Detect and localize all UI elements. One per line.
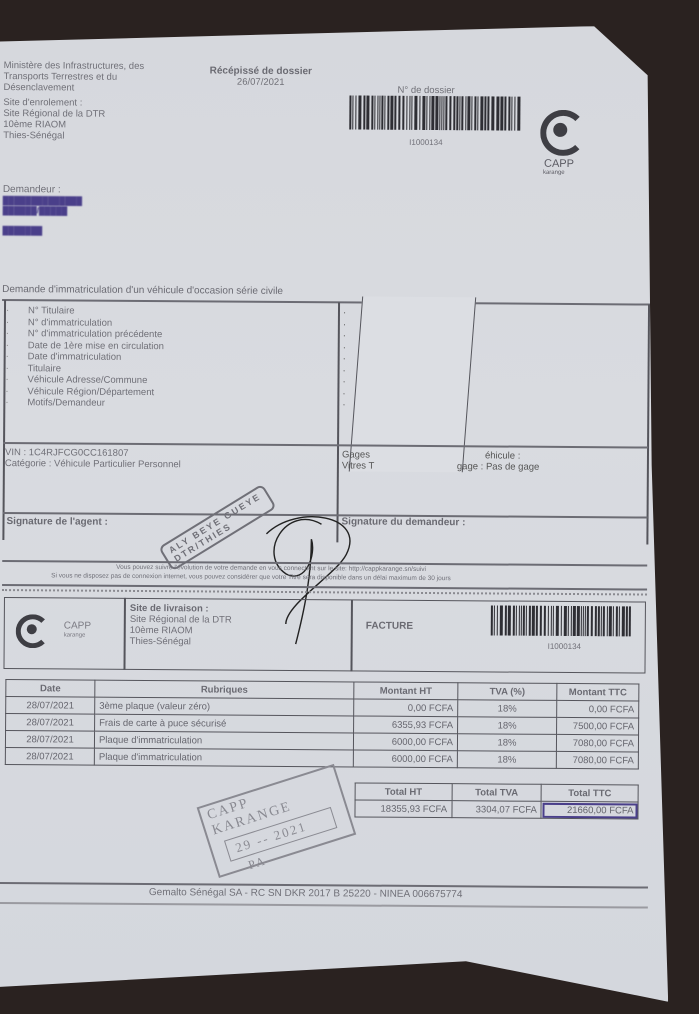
vin-row: VIN : 1C4RJFCG0CC161807 bbox=[5, 447, 129, 459]
applicant-redacted: ██████████████ ██████/█████ ███████ bbox=[3, 196, 83, 237]
cell-tva: 18% bbox=[458, 717, 557, 735]
column-header: Rubriques bbox=[95, 680, 354, 699]
bullet: · bbox=[6, 351, 12, 363]
ministry-block: Ministère des Infrastructures, des Trans… bbox=[3, 60, 144, 142]
cell-ttc: 7080,00 FCFA bbox=[556, 734, 638, 752]
notice-line: Si vous ne disposez pas de connexion int… bbox=[51, 571, 451, 583]
bullet: · bbox=[5, 397, 11, 409]
cell-ht: 6000,00 FCFA bbox=[353, 750, 457, 768]
column-header: Date bbox=[6, 680, 95, 698]
request-title: Demande d'immatriculation d'un véhicule … bbox=[2, 284, 283, 297]
cell-ttc: 7080,00 FCFA bbox=[556, 751, 638, 769]
invoice-barcode bbox=[491, 605, 633, 636]
cell-ht: 6000,00 FCFA bbox=[353, 733, 457, 751]
column-header: Montant HT bbox=[354, 682, 458, 700]
field-label: N° d'immatriculation précédente bbox=[28, 328, 163, 340]
category-row: Catégorie : Véhicule Particulier Personn… bbox=[5, 458, 181, 470]
field-label: Date de 1ère mise en circulation bbox=[28, 340, 164, 352]
logo-text: CAPP bbox=[64, 620, 91, 631]
cell-date: 28/07/2021 bbox=[6, 714, 95, 732]
redacted-line: ██████/█████ bbox=[3, 206, 82, 217]
receipt-date: 26/07/2021 bbox=[210, 76, 312, 88]
field-label: Motifs/Demandeur bbox=[27, 397, 105, 409]
bullet: · bbox=[6, 340, 12, 352]
redacted-line: ███████ bbox=[3, 226, 82, 237]
file-barcode bbox=[349, 95, 522, 130]
category-label: Catégorie : bbox=[5, 458, 52, 469]
enrolment-line: Thies-Sénégal bbox=[3, 130, 144, 142]
ministry-line: Désenclavement bbox=[4, 82, 145, 94]
bullet: · bbox=[6, 328, 12, 340]
cell-ht: 0,00 FCFA bbox=[354, 699, 458, 717]
cell-date: 28/07/2021 bbox=[5, 731, 94, 749]
delivery-block: Site de livraison : Site Régional de la … bbox=[130, 603, 232, 648]
field-label: N° d'immatriculation bbox=[28, 317, 112, 329]
field-label: Véhicule Région/Département bbox=[27, 386, 154, 398]
value-colons: ········· bbox=[342, 307, 346, 411]
cell-item: 3ème plaque (valeur zéro) bbox=[95, 697, 354, 716]
column-header: TVA (%) bbox=[458, 683, 557, 701]
bullet: · bbox=[6, 305, 12, 317]
totals-row: 18355,93 FCFA 3304,07 FCFA 21660,00 FCFA bbox=[355, 800, 638, 819]
gage-row: gage : Pas de gage bbox=[457, 461, 539, 473]
vin-value: 1C4RJFCG0CC161807 bbox=[29, 447, 129, 459]
receipt-title: Récépissé de dossier bbox=[210, 65, 312, 77]
vin-label: VIN : bbox=[5, 447, 26, 458]
file-number-label: N° de dossier bbox=[397, 85, 454, 96]
invoice-capp-logo: CAPP karange bbox=[16, 612, 116, 657]
cell-date: 28/07/2021 bbox=[6, 697, 95, 715]
total-tva: 3304,07 FCFA bbox=[452, 801, 542, 819]
field-label: Titulaire bbox=[28, 363, 62, 375]
field-label: N° Titulaire bbox=[28, 305, 75, 317]
field-label: Date d'immatriculation bbox=[28, 351, 122, 363]
footer-text: Gemalto Sénégal SA - RC SN DKR 2017 B 25… bbox=[149, 887, 463, 900]
cell-ttc: 0,00 FCFA bbox=[557, 700, 639, 718]
request-fields-list: ·N° Titulaire·N° d'immatriculation·N° d'… bbox=[5, 305, 164, 410]
cell-item: Plaque d'immatriculation bbox=[94, 731, 353, 750]
column-header: Total HT bbox=[355, 783, 452, 801]
totals-header-row: Total HT Total TVA Total TTC bbox=[355, 783, 638, 802]
bullet: · bbox=[6, 363, 12, 375]
invoice-title: FACTURE bbox=[366, 621, 413, 632]
cell-item: Frais de carte à puce sécurisé bbox=[95, 714, 354, 733]
document-page: Ministère des Infrastructures, des Trans… bbox=[0, 22, 675, 1002]
delivery-label: Site de livraison : bbox=[130, 603, 232, 615]
file-number: I1000134 bbox=[409, 137, 442, 148]
logo-dot-icon bbox=[27, 624, 37, 634]
capp-logo: CAPP karange bbox=[534, 106, 595, 186]
delivery-line: 10ème RIAOM bbox=[130, 625, 232, 637]
divider bbox=[2, 299, 657, 306]
field-label: Véhicule Adresse/Commune bbox=[27, 374, 147, 386]
cell-ht: 6355,93 FCFA bbox=[354, 716, 458, 734]
gages-label: Gages bbox=[342, 449, 370, 460]
box-border bbox=[646, 305, 649, 545]
delivery-line: Thies-Sénégal bbox=[130, 636, 232, 648]
total-ttc: 21660,00 FCFA bbox=[541, 801, 638, 819]
logo-text: CAPP bbox=[544, 158, 574, 170]
redacted-line: ██████████████ bbox=[3, 196, 82, 207]
invoice-table: Date Rubriques Montant HT TVA (%) Montan… bbox=[5, 679, 640, 769]
totals-table: Total HT Total TVA Total TTC 18355,93 FC… bbox=[354, 782, 638, 819]
logo-subtext: karange bbox=[64, 632, 86, 638]
total-ht: 18355,93 FCFA bbox=[355, 800, 452, 818]
vitres-label: Vitres T bbox=[342, 460, 374, 471]
gage-value: Pas de gage bbox=[486, 461, 539, 472]
gage-label: gage : bbox=[457, 461, 483, 472]
cell-item: Plaque d'immatriculation bbox=[94, 748, 353, 767]
delivery-line: Site Régional de la DTR bbox=[130, 614, 232, 626]
table-row: 28/07/2021Plaque d'immatriculation6000,0… bbox=[5, 748, 638, 769]
applicant-label: Demandeur : bbox=[3, 184, 61, 195]
column-header: Total TTC bbox=[541, 784, 638, 802]
logo-dot-icon bbox=[553, 123, 567, 137]
divider bbox=[0, 902, 648, 908]
bullet: · bbox=[5, 374, 11, 386]
cell-tva: 18% bbox=[457, 751, 556, 769]
cell-date: 28/07/2021 bbox=[5, 748, 94, 766]
bullet: · bbox=[5, 386, 11, 398]
column-header: Montant TTC bbox=[557, 683, 639, 701]
bullet: · bbox=[6, 317, 12, 329]
invoice-number: I1000134 bbox=[548, 641, 581, 652]
divider bbox=[0, 882, 648, 888]
column-header: Total TVA bbox=[452, 784, 542, 802]
agent-signature-label: Signature de l'agent : bbox=[6, 516, 107, 528]
cell-tva: 18% bbox=[457, 734, 556, 752]
capp-stamp: CAPP KARANGE 29 -- 2021 PA bbox=[197, 764, 357, 878]
cell-tva: 18% bbox=[458, 700, 557, 718]
category-value: Véhicule Particulier Personnel bbox=[54, 458, 181, 470]
cell-ttc: 7500,00 FCFA bbox=[557, 717, 639, 735]
request-field: ·Motifs/Demandeur bbox=[5, 397, 163, 410]
vehicle-label: éhicule : bbox=[485, 450, 520, 461]
logo-subtext: karange bbox=[543, 170, 565, 176]
receipt-heading: Récépissé de dossier 26/07/2021 bbox=[210, 65, 312, 88]
